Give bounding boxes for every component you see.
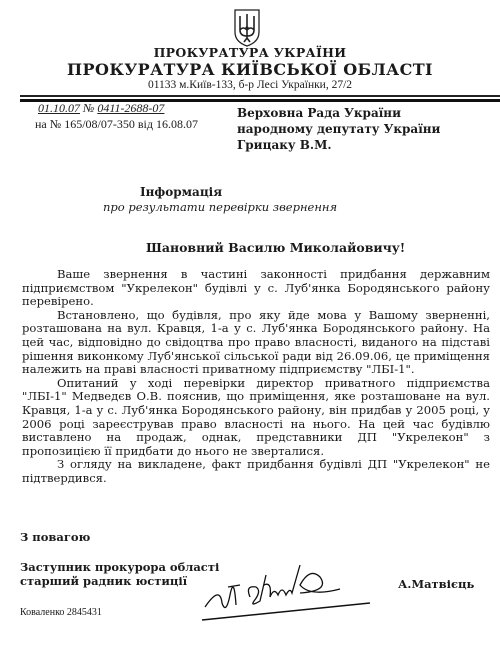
trident-emblem-icon — [232, 8, 262, 48]
paragraph: З огляду на викладене, факт придбання бу… — [22, 458, 490, 485]
paragraph: Встановлено, що будівля, про яку йде мов… — [22, 309, 490, 377]
incoming-reference: на № 165/08/07-350 від 16.08.07 — [35, 117, 198, 132]
position-line-1: Заступник прокурора області — [20, 560, 219, 574]
outgoing-reference: 01.10.07 № 0411-2688-07 — [38, 101, 164, 116]
org-address: 01133 м.Київ-133, б-р Лесі Українки, 27/… — [0, 79, 500, 91]
org-line-kyiv-oblast: ПРОКУРАТУРА КИЇВСЬКОЇ ОБЛАСТІ — [0, 60, 500, 79]
paragraph: Ваше звернення в частині законності прид… — [22, 268, 490, 309]
addressee-line-2: народному депутату України — [237, 121, 440, 137]
org-line-ukraine: ПРОКУРАТУРА УКРАЇНИ — [0, 45, 500, 60]
signer-name: А.Матвієць — [398, 577, 474, 591]
number-sign: № — [83, 101, 94, 115]
header-rule-thin — [20, 95, 500, 97]
handwritten-signature-icon — [200, 545, 400, 625]
addressee-line-1: Верховна Рада України — [237, 105, 440, 121]
executor-contact: Коваленко 2845431 — [20, 607, 102, 618]
document-heading: Інформація — [140, 185, 222, 199]
signer-position: Заступник прокурора області старший радн… — [20, 560, 219, 588]
addressee-line-3: Грицаку В.М. — [237, 137, 440, 153]
outgoing-number: 0411-2688-07 — [97, 101, 164, 115]
paragraph: Опитаний у ході перевірки директор прива… — [22, 377, 490, 459]
letter-body: Ваше звернення в частині законності прид… — [22, 268, 490, 486]
greeting: Шановний Василю Миколайовичу! — [146, 240, 405, 255]
outgoing-date: 01.10.07 — [38, 101, 80, 115]
position-line-2: старший радник юстиції — [20, 574, 219, 588]
document-subheading: про результати перевірки звернення — [103, 200, 337, 214]
closing-regards: З повагою — [20, 530, 90, 544]
addressee-block: Верховна Рада України народному депутату… — [237, 105, 440, 153]
